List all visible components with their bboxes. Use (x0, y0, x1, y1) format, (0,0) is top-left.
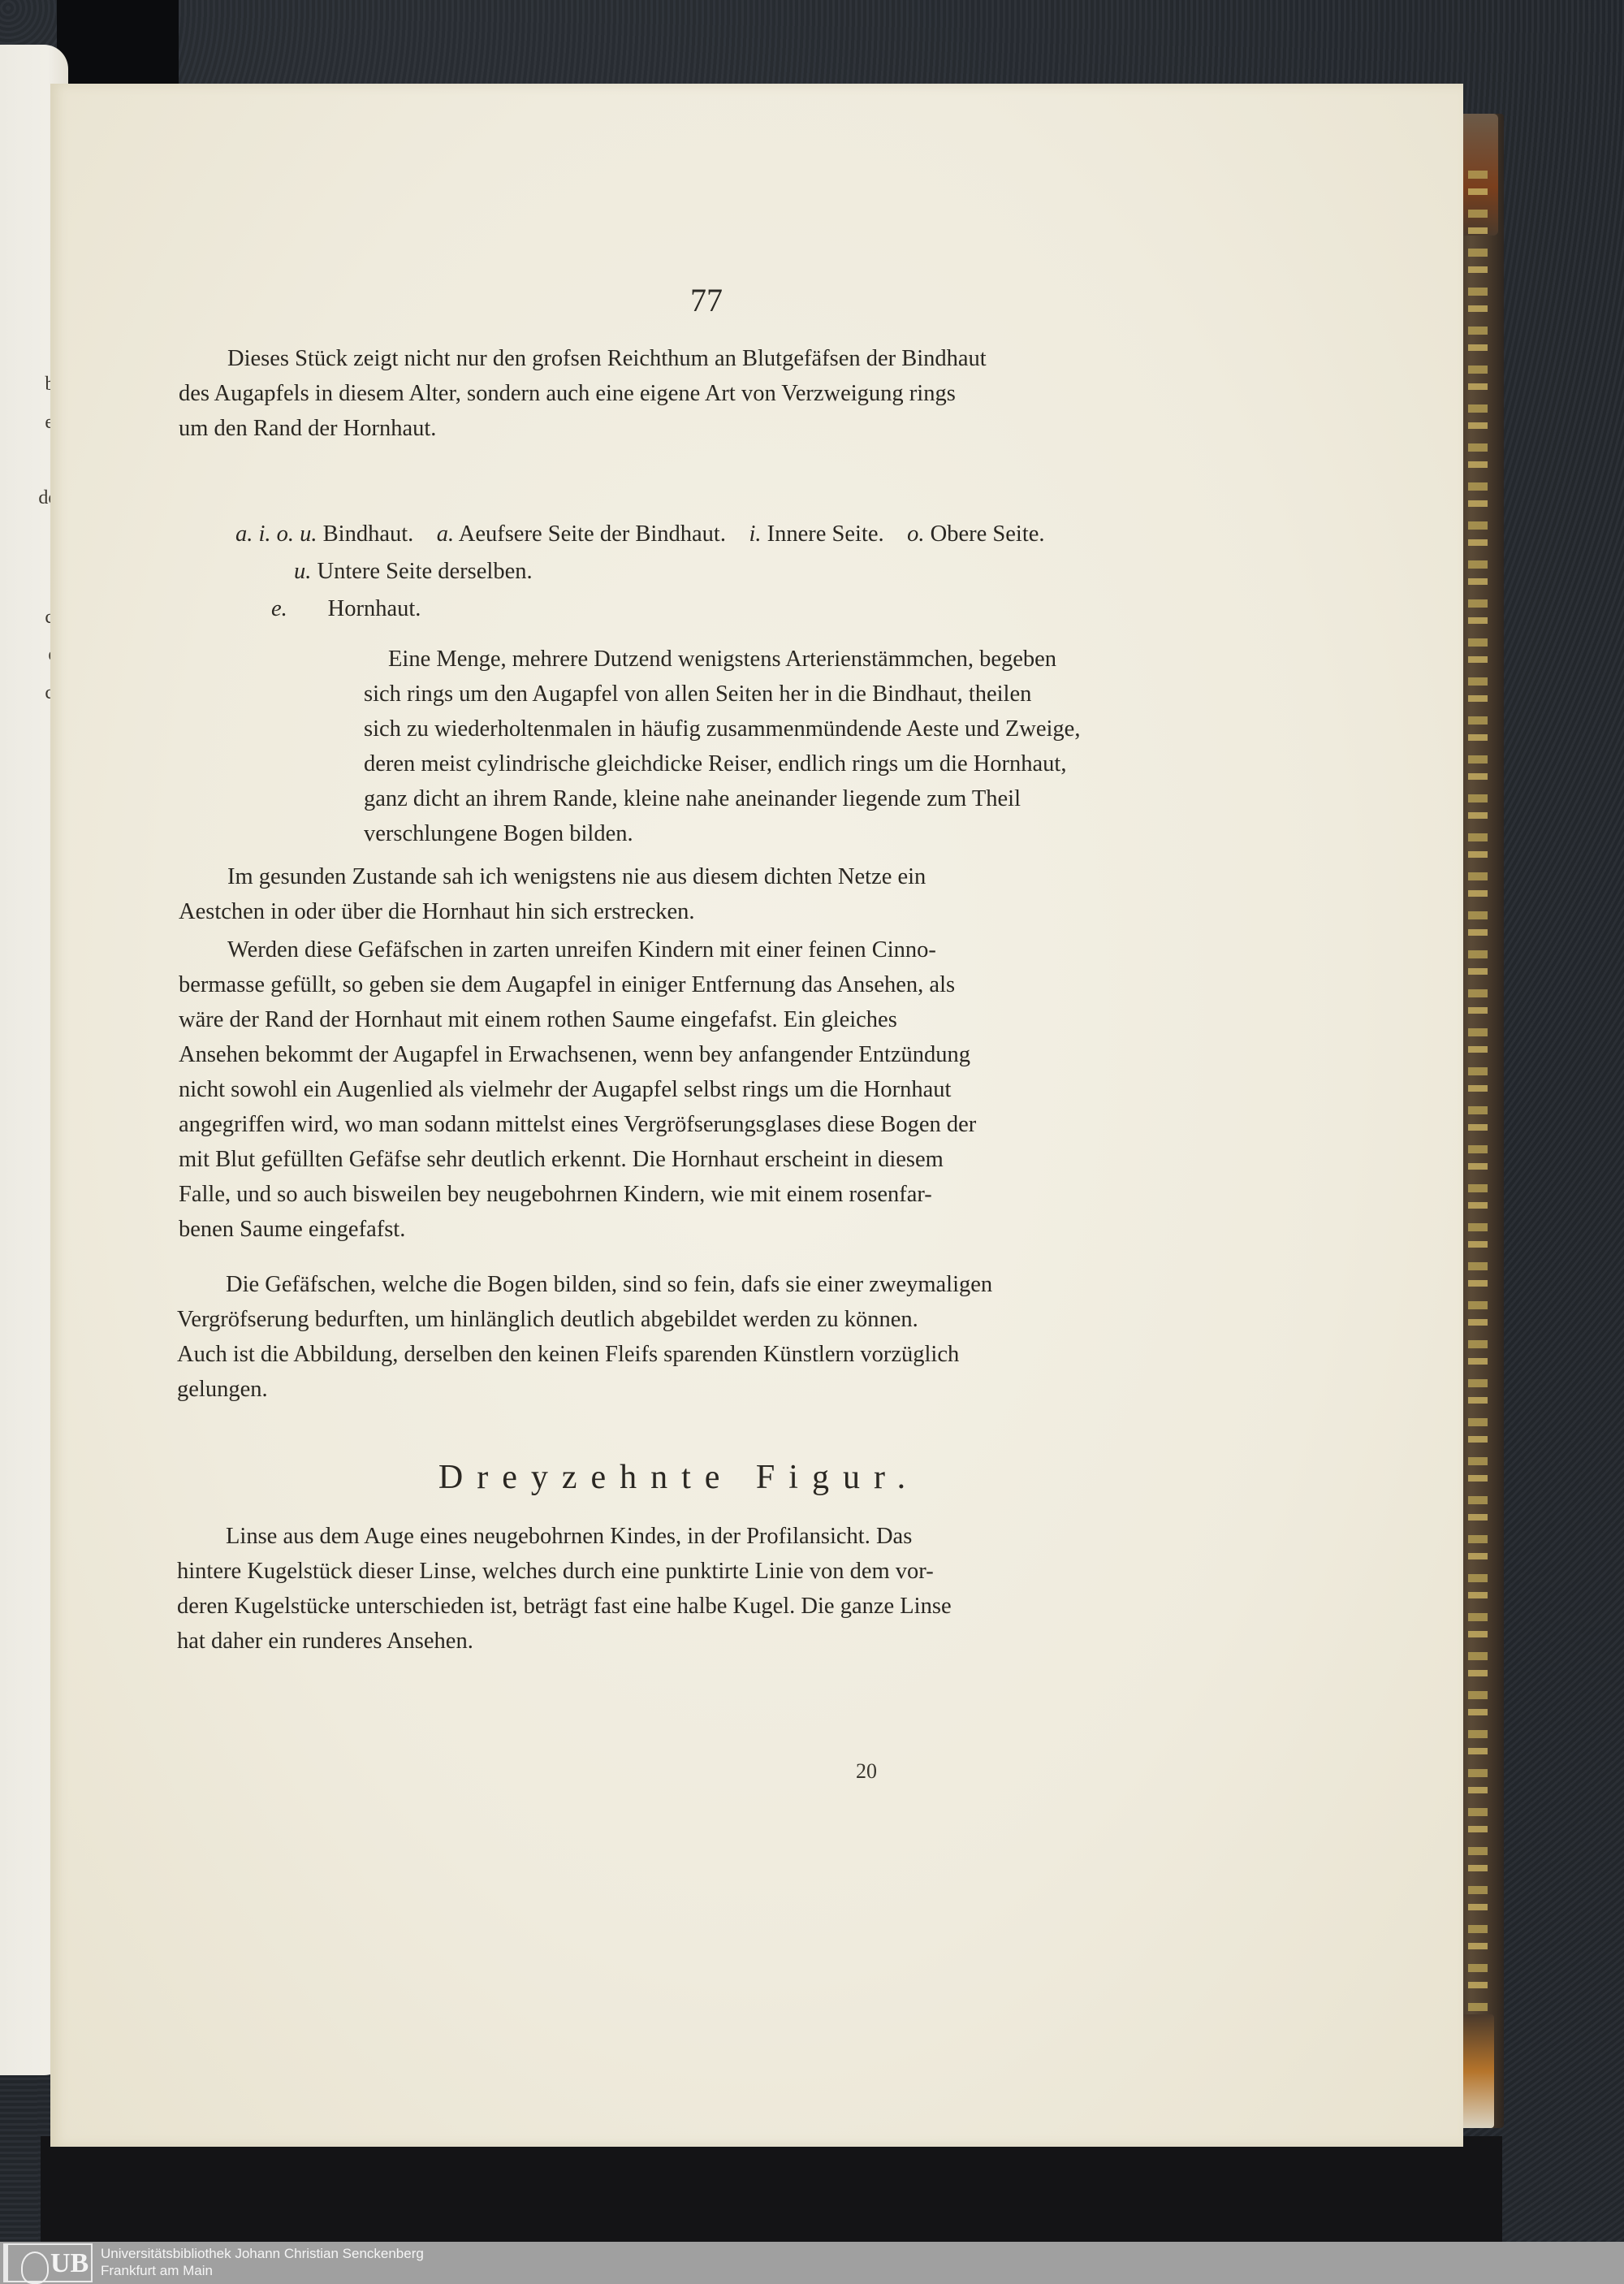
library-city-line: Frankfurt am Main (101, 2262, 424, 2279)
library-logo[interactable]: UB (3, 2243, 93, 2282)
text-line: Linse aus dem Auge eines neugebohrnen Ki… (177, 1519, 1186, 1554)
text-line: nicht sowohl ein Augenlied als vielmehr … (179, 1072, 1200, 1107)
legend-key: i. (749, 521, 761, 547)
text-line: Aestchen in oder über die Hornhaut hin s… (179, 894, 1200, 929)
legend-text: Hornhaut. (328, 596, 421, 621)
text-line: Auch ist die Abbildung, derselben den ke… (177, 1337, 1199, 1372)
library-name-line: Universitätsbibliothek Johann Christian … (101, 2245, 424, 2262)
gutter-shadow (57, 0, 179, 89)
text-line: deren meist cylindrische gleichdicke Rei… (364, 746, 1188, 781)
figure-legend-line: u. Untere Seite derselben. (294, 559, 533, 585)
legend-key: a. i. o. u. (235, 521, 317, 547)
legend-text: Innere Seite. (767, 521, 884, 547)
paragraph-magnification: Die Gefäfschen, welche die Bogen bilden,… (177, 1267, 1199, 1407)
text-line: Eine Menge, mehrere Dutzend wenigstens A… (364, 642, 1188, 677)
portrait-bust-icon (21, 2252, 49, 2284)
text-line: wäre der Rand der Hornhaut mit einem rot… (179, 1002, 1200, 1037)
signature-mark: 20 (856, 1759, 877, 1784)
text-line: sich rings um den Augapfel von allen Sei… (364, 677, 1188, 712)
paragraph-lens: Linse aus dem Auge eines neugebohrnen Ki… (177, 1519, 1186, 1659)
text-line: mit Blut gefüllten Gefäfse sehr deutlich… (179, 1142, 1200, 1177)
text-line: Die Gefäfschen, welche die Bogen bilden,… (177, 1267, 1199, 1302)
text-line: hintere Kugelstück dieser Linse, welches… (177, 1554, 1186, 1589)
legend-key: a. (437, 521, 454, 547)
legend-text: Aeufsere Seite der Bindhaut. (459, 521, 726, 547)
text-line: des Augapfels in diesem Alter, sondern a… (179, 376, 1194, 411)
text-line: hat daher ein runderes Ansehen. (177, 1624, 1186, 1659)
gilt-ornament (1468, 171, 1488, 2104)
text-line: Ansehen bekommt der Augapfel in Erwachse… (179, 1037, 1200, 1072)
paragraph-arteries: Eine Menge, mehrere Dutzend wenigstens A… (364, 642, 1188, 851)
bottom-shadow (41, 2136, 1502, 2242)
legend-text: Untere Seite derselben. (317, 559, 533, 584)
figure-legend-line: a. i. o. u. Bindhaut. a. Aeufsere Seite … (235, 521, 1045, 547)
text-line: deren Kugelstücke unterschieden ist, bet… (177, 1589, 1186, 1624)
text-line: Dieses Stück zeigt nicht nur den grofsen… (179, 341, 1194, 376)
text-line: Falle, und so auch bisweilen bey neugebo… (179, 1177, 1200, 1212)
legend-text: Bindhaut. (323, 521, 414, 547)
text-line: um den Rand der Hornhaut. (179, 411, 1194, 446)
page-number: 77 (690, 281, 723, 319)
paragraph-healthy-state: Im gesunden Zustande sah ich wenigstens … (179, 859, 1200, 929)
text-line: angegriffen wird, wo man sodann mittelst… (179, 1107, 1200, 1142)
text-line: gelungen. (177, 1372, 1199, 1407)
library-name: Universitätsbibliothek Johann Christian … (101, 2245, 424, 2279)
library-footer-bar: UB Universitätsbibliothek Johann Christi… (0, 2242, 1624, 2284)
text-line: sich zu wiederholtenmalen in häufig zusa… (364, 712, 1188, 746)
section-heading: Dreyzehnte Figur. (395, 1458, 963, 1497)
legend-key: e. (271, 596, 287, 621)
legend-text: Obere Seite. (931, 521, 1045, 547)
text-line: ganz dicht an ihrem Rande, kleine nahe a… (364, 781, 1188, 816)
logo-text: UB (50, 2248, 89, 2279)
text-line: Im gesunden Zustande sah ich wenigstens … (179, 859, 1200, 894)
text-line: benen Saume eingefafst. (179, 1212, 1200, 1247)
figure-legend-line: e. Hornhaut. (271, 596, 421, 622)
paragraph-intro: Dieses Stück zeigt nicht nur den grofsen… (179, 341, 1194, 446)
text-line: Vergröfserung bedurften, um hinlänglich … (177, 1302, 1199, 1337)
paragraph-injection: Werden diese Gefäfschen in zarten unreif… (179, 932, 1200, 1247)
legend-key: u. (294, 559, 311, 584)
legend-key: o. (907, 521, 924, 547)
text-line: verschlungene Bogen bilden. (364, 816, 1188, 851)
text-line: bermasse gefüllt, so geben sie dem Augap… (179, 967, 1200, 1002)
text-line: Werden diese Gefäfschen in zarten unreif… (179, 932, 1200, 967)
